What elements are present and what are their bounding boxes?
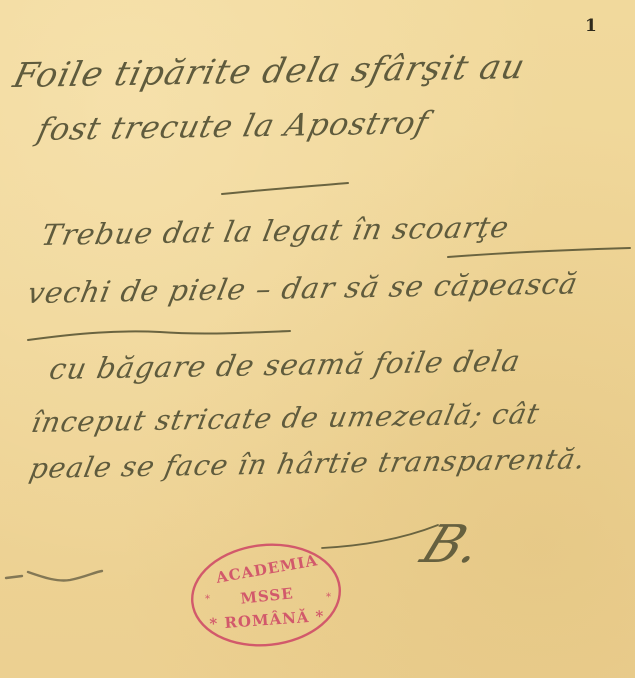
paragraph-2-line-4: început stricate de umezeală; cât: [29, 397, 543, 439]
paragraph-1-line-2: fost trecute la Apostrof: [34, 105, 432, 148]
smudge-mark: [6, 571, 102, 581]
signature: B.: [413, 515, 492, 575]
academia-stamp: ACADEMIA MSSE * ROMÂNĂ *: [192, 545, 342, 645]
paragraph-2-line-2: vechi de piele – dar să se căpească: [25, 266, 581, 310]
divider-stroke: [222, 183, 348, 194]
paragraph-1-line-1: Foile tipărite dela sfârşit au: [9, 47, 529, 96]
paragraph-2-line-1: Trebue dat la legat în scoarţe: [39, 210, 513, 252]
underline-1: [448, 248, 630, 257]
manuscript-page: 1 Foile tipărite dela sfârşit au fost tr…: [0, 0, 635, 678]
page-number: 1: [585, 16, 597, 36]
paragraph-2-line-5: peale se face în hârtie transparentă.: [27, 442, 589, 485]
paragraph-2-line-3: cu băgare de seamă foile dela: [47, 344, 524, 386]
underline-2: [28, 331, 290, 340]
